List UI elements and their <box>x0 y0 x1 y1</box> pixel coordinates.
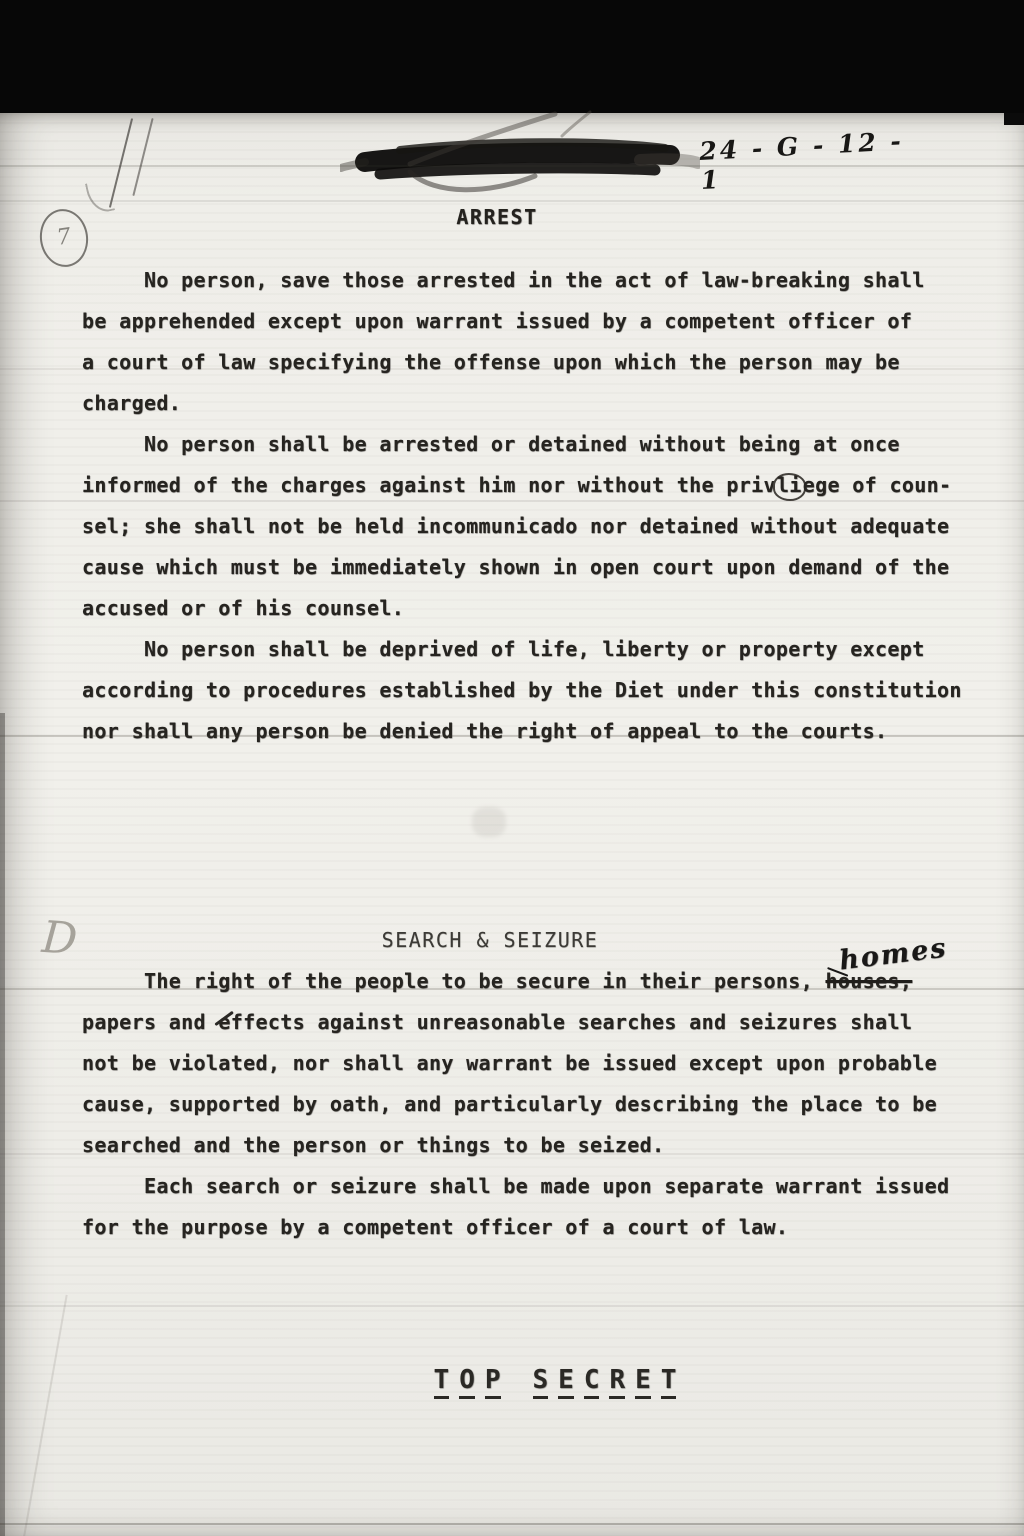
slashed-text: e <box>218 1010 230 1034</box>
scan-border-top <box>0 0 1024 113</box>
document-page: 24 - G - 12 - 1 7 D ARREST No person, sa… <box>0 113 1024 1536</box>
text-line: No person, save those arrested in the ac… <box>82 260 962 301</box>
scan-smudge <box>472 807 506 837</box>
scan-line <box>0 1305 1024 1307</box>
text-line: sel; she shall not be held incommunicado… <box>82 506 962 547</box>
stamp-letter: T <box>434 1365 450 1399</box>
stamp-letter: S <box>533 1365 549 1399</box>
scan-line <box>0 368 1024 370</box>
stamp-letter: R <box>609 1365 625 1399</box>
scanned-document: 24 - G - 12 - 1 7 D ARREST No person, sa… <box>0 0 1024 1536</box>
arrest-text-block: No person, save those arrested in the ac… <box>82 260 962 752</box>
text-line: searched and the person or things to be … <box>82 1125 949 1166</box>
scan-line <box>0 500 1024 502</box>
ink-scribble-redaction <box>340 110 700 202</box>
text-line: accused or of his counsel. <box>82 588 962 629</box>
text-line: No person shall be arrested or detained … <box>82 424 962 465</box>
text-line: No person shall be deprived of life, lib… <box>82 629 962 670</box>
scan-line <box>0 988 1024 990</box>
text-line: according to procedures established by t… <box>82 670 962 711</box>
text-line: The right of the people to be secure in … <box>82 961 949 1002</box>
scan-line <box>0 165 1024 167</box>
stamp-letter: O <box>459 1365 475 1399</box>
text-line: be apprehended except upon warrant issue… <box>82 301 962 342</box>
scan-line <box>0 1523 1024 1525</box>
scan-line <box>0 735 1024 737</box>
scan-line <box>0 1153 1024 1155</box>
search-seizure-text-block: The right of the people to be secure in … <box>82 961 949 1248</box>
text-line: charged. <box>82 383 962 424</box>
text-line: a court of law specifying the offense up… <box>82 342 962 383</box>
stamp-letter: E <box>558 1365 574 1399</box>
text-line: not be violated, nor shall any warrant b… <box>82 1043 949 1084</box>
handwritten-file-number: 24 - G - 12 - 1 <box>699 125 932 195</box>
paper-crease <box>22 1295 67 1536</box>
stamp-letter: T <box>661 1365 677 1399</box>
scan-line <box>0 200 1024 202</box>
text-line: cause, supported by oath, and particular… <box>82 1084 949 1125</box>
text-line: Each search or seizure shall be made upo… <box>82 1166 949 1207</box>
scan-artifact-notch <box>1004 113 1024 125</box>
circled-text: li <box>773 473 806 501</box>
stamp-letter: E <box>635 1365 651 1399</box>
top-secret-stamp: TOPSECRET <box>43 1365 1024 1411</box>
stamp-letter: P <box>485 1365 501 1399</box>
text-line: papers and effects against unreasonable … <box>82 1002 949 1043</box>
text-line: for the purpose by a competent officer o… <box>82 1207 949 1248</box>
text-line: cause which must be immediately shown in… <box>82 547 962 588</box>
stamp-letter: C <box>584 1365 600 1399</box>
text-line: nor shall any person be denied the right… <box>82 711 962 752</box>
section-title-arrest: ARREST <box>0 197 1009 238</box>
page-edge-shadow <box>0 713 5 1536</box>
